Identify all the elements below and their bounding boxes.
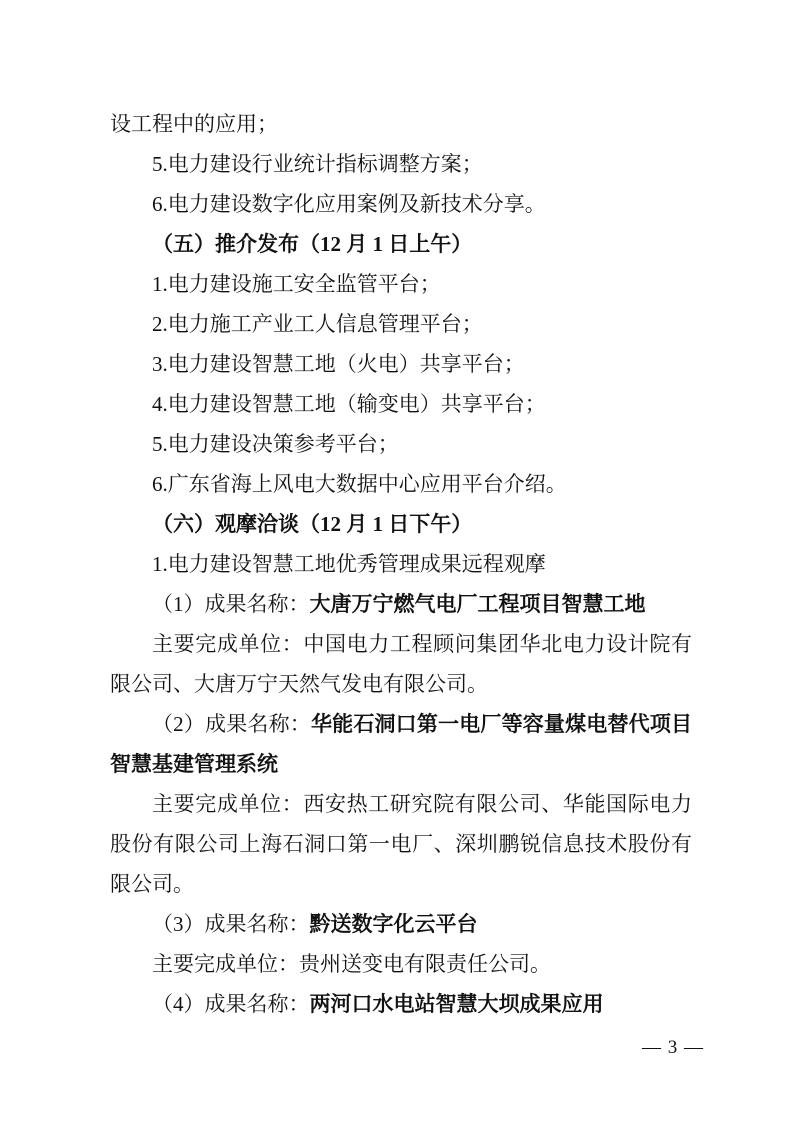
paragraph-continuation: 设工程中的应用； xyxy=(110,104,692,144)
completing-unit: 主要完成单位：中国电力工程顾问集团华北电力设计院有限公司、大唐万宁天然气发电有限… xyxy=(110,624,692,704)
result-label: （3）成果名称： xyxy=(152,912,310,936)
result-label: （1）成果名称： xyxy=(152,592,310,616)
list-item: 5.电力建设行业统计指标调整方案； xyxy=(110,144,692,184)
list-item: 6.电力建设数字化应用案例及新技术分享。 xyxy=(110,184,692,224)
result-name: 大唐万宁燃气电厂工程项目智慧工地 xyxy=(310,592,646,616)
result-item: （3）成果名称：黔送数字化云平台 xyxy=(110,904,692,944)
result-item: （4）成果名称：两河口水电站智慧大坝成果应用 xyxy=(110,984,692,1024)
unit-label: 主要完成单位： xyxy=(152,792,303,816)
result-name: 黔送数字化云平台 xyxy=(310,912,478,936)
text-block: 设工程中的应用； 5.电力建设行业统计指标调整方案； 6.电力建设数字化应用案例… xyxy=(110,104,692,1024)
section-heading: （五）推介发布（12 月 1 日上午） xyxy=(110,224,692,264)
list-item: 1.电力建设施工安全监管平台； xyxy=(110,264,692,304)
unit-name: 贵州送变电有限责任公司。 xyxy=(299,952,551,976)
list-item: 3.电力建设智慧工地（火电）共享平台； xyxy=(110,344,692,384)
result-label: （2）成果名称： xyxy=(152,712,311,736)
completing-unit: 主要完成单位：西安热工研究院有限公司、华能国际电力股份有限公司上海石洞口第一电厂… xyxy=(110,784,692,904)
list-item: 2.电力施工产业工人信息管理平台； xyxy=(110,304,692,344)
list-item: 1.电力建设智慧工地优秀管理成果远程观摩 xyxy=(110,544,692,584)
list-item: 5.电力建设决策参考平台； xyxy=(110,424,692,464)
list-item: 4.电力建设智慧工地（输变电）共享平台； xyxy=(110,384,692,424)
completing-unit: 主要完成单位：贵州送变电有限责任公司。 xyxy=(110,944,692,984)
result-label: （4）成果名称： xyxy=(152,992,310,1016)
document-page: 设工程中的应用； 5.电力建设行业统计指标调整方案； 6.电力建设数字化应用案例… xyxy=(0,0,800,1131)
unit-label: 主要完成单位： xyxy=(152,632,303,656)
result-item: （1）成果名称：大唐万宁燃气电厂工程项目智慧工地 xyxy=(110,584,692,624)
result-name: 两河口水电站智慧大坝成果应用 xyxy=(310,992,604,1016)
section-heading: （六）观摩洽谈（12 月 1 日下午） xyxy=(110,504,692,544)
page-number: — 3 — xyxy=(642,1036,704,1060)
list-item: 6.广东省海上风电大数据中心应用平台介绍。 xyxy=(110,464,692,504)
result-item: （2）成果名称：华能石洞口第一电厂等容量煤电替代项目智慧基建管理系统 xyxy=(110,704,692,784)
unit-label: 主要完成单位： xyxy=(152,952,299,976)
